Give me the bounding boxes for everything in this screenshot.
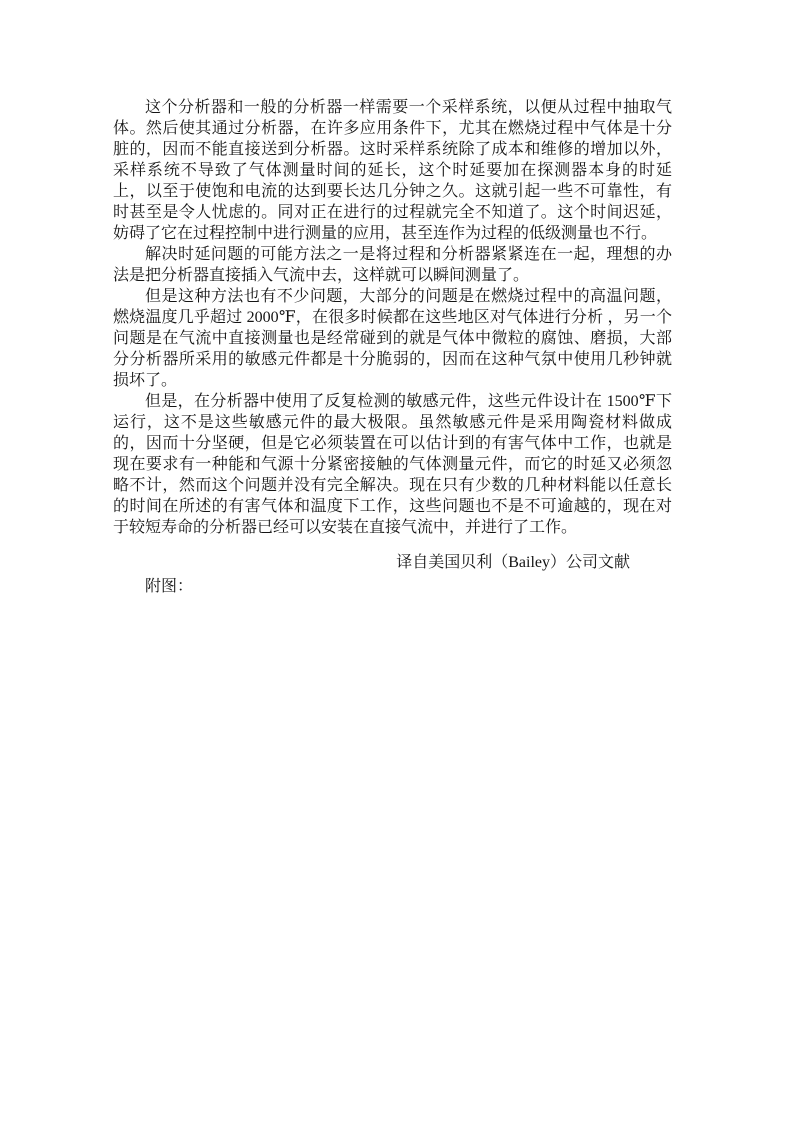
body-paragraph-3: 但是这种方法也有不少问题，大部分的问题是在燃烧过程中的高温问题，燃烧温度几乎超过…	[113, 286, 672, 391]
page-text-block: 这个分析器和一般的分析器一样需要一个采样系统，以便从过程中抽取气体。然后使其通过…	[113, 97, 672, 597]
figure-label: 附图：	[113, 576, 672, 597]
body-paragraph-2: 解决时延问题的可能方法之一是将过程和分析器紧紧连在一起，理想的办法是把分析器直接…	[113, 244, 672, 286]
body-paragraph-4: 但是，在分析器中使用了反复检测的敏感元件，这些元件设计在 1500℉下运行，这不…	[113, 391, 672, 538]
attribution-line: 译自美国贝利（Bailey）公司文献	[113, 552, 672, 573]
body-paragraph-1: 这个分析器和一般的分析器一样需要一个采样系统，以便从过程中抽取气体。然后使其通过…	[113, 97, 672, 244]
document-page: { "page": { "background_color": "#ffffff…	[0, 0, 794, 1123]
